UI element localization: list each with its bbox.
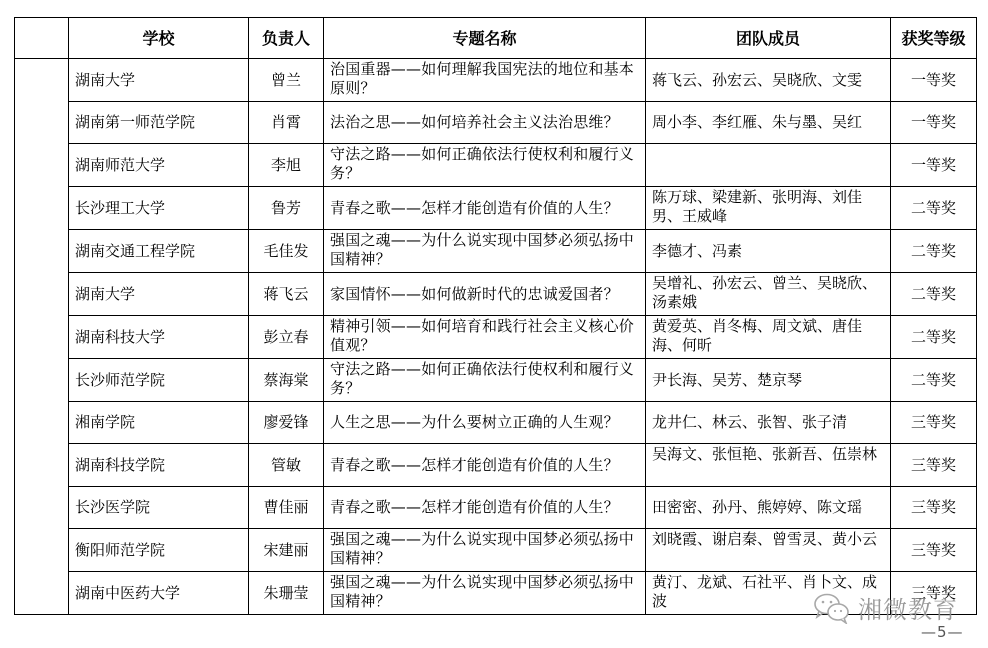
school-cell: 湖南科技学院 [69, 444, 249, 487]
award-cell: 二等奖 [891, 359, 977, 402]
topic-cell: 强国之魂——为什么说实现中国梦必须弘扬中国精神？ [324, 572, 646, 615]
team-cell: 吴增礼、孙宏云、曾兰、吴晓欣、汤素娥 [646, 273, 891, 316]
topic-cell: 治国重器——如何理解我国宪法的地位和基本原则？ [324, 59, 646, 102]
school-cell: 湖南第一师范学院 [69, 102, 249, 144]
topic-cell: 青春之歌——怎样才能创造有价值的人生？ [324, 187, 646, 230]
topic-cell: 法治之思——如何培养社会主义法治思维？ [324, 102, 646, 144]
school-cell: 湖南科技大学 [69, 316, 249, 359]
table-row: 湖南师范大学 李旭 守法之路——如何正确依法行使权利和履行义务？ 一等奖 [15, 144, 977, 187]
award-cell: 二等奖 [891, 273, 977, 316]
table-row: 湖南大学 曾兰 治国重器——如何理解我国宪法的地位和基本原则？ 蒋飞云、孙宏云、… [15, 59, 977, 102]
table-row: 湖南交通工程学院 毛佳发 强国之魂——为什么说实现中国梦必须弘扬中国精神？ 李德… [15, 230, 977, 273]
table-row: 长沙师范学院 蔡海棠 守法之路——如何正确依法行使权利和履行义务？ 尹长海、吴芳… [15, 359, 977, 402]
header-team: 团队成员 [646, 18, 891, 59]
table-row: 湖南科技学院 管敏 青春之歌——怎样才能创造有价值的人生？ 吴海文、张恒艳、张新… [15, 444, 977, 487]
topic-cell: 强国之魂——为什么说实现中国梦必须弘扬中国精神？ [324, 230, 646, 273]
person-cell: 曹佳丽 [249, 487, 324, 529]
table-row: 长沙医学院 曹佳丽 青春之歌——怎样才能创造有价值的人生？ 田密密、孙丹、熊婷婷… [15, 487, 977, 529]
person-cell: 宋建丽 [249, 529, 324, 572]
school-cell: 湖南大学 [69, 273, 249, 316]
person-cell: 毛佳发 [249, 230, 324, 273]
school-cell: 长沙医学院 [69, 487, 249, 529]
team-cell: 李德才、冯素 [646, 230, 891, 273]
school-cell: 湖南大学 [69, 59, 249, 102]
person-cell: 管敏 [249, 444, 324, 487]
table-row: 湖南科技大学 彭立春 精神引领——如何培育和践行社会主义核心价值观？ 黄爱英、肖… [15, 316, 977, 359]
table-row: 湖南中医药大学 朱珊莹 强国之魂——为什么说实现中国梦必须弘扬中国精神？ 黄汀、… [15, 572, 977, 615]
school-cell: 长沙理工大学 [69, 187, 249, 230]
topic-cell: 青春之歌——怎样才能创造有价值的人生？ [324, 444, 646, 487]
team-cell: 龙井仁、林云、张智、张子清 [646, 402, 891, 444]
header-row: 学校 负责人 专题名称 团队成员 获奖等级 [15, 18, 977, 59]
school-cell: 衡阳师范学院 [69, 529, 249, 572]
award-cell: 二等奖 [891, 230, 977, 273]
table-row: 长沙理工大学 鲁芳 青春之歌——怎样才能创造有价值的人生？ 陈万球、梁建新、张明… [15, 187, 977, 230]
award-cell: 一等奖 [891, 102, 977, 144]
person-cell: 李旭 [249, 144, 324, 187]
header-blank [15, 18, 69, 59]
topic-cell: 家国情怀——如何做新时代的忠诚爱国者？ [324, 273, 646, 316]
award-cell: 三等奖 [891, 529, 977, 572]
award-cell: 一等奖 [891, 59, 977, 102]
person-cell: 肖霄 [249, 102, 324, 144]
person-cell: 朱珊莹 [249, 572, 324, 615]
person-cell: 鲁芳 [249, 187, 324, 230]
team-cell: 尹长海、吴芳、楚京琴 [646, 359, 891, 402]
team-cell: 田密密、孙丹、熊婷婷、陈文瑶 [646, 487, 891, 529]
topic-cell: 青春之歌——怎样才能创造有价值的人生？ [324, 487, 646, 529]
page-number: —5— [921, 623, 964, 641]
person-cell: 蔡海棠 [249, 359, 324, 402]
team-cell: 黄爱英、肖冬梅、周文斌、唐佳海、何昕 [646, 316, 891, 359]
team-cell: 刘晓霞、谢启秦、曾雪灵、黄小云 [646, 529, 891, 572]
team-cell [646, 144, 891, 187]
award-cell: 三等奖 [891, 444, 977, 487]
awards-table: 学校 负责人 专题名称 团队成员 获奖等级 湖南大学 曾兰 治国重器——如何理解… [14, 17, 977, 615]
person-cell: 蒋飞云 [249, 273, 324, 316]
award-cell: 三等奖 [891, 487, 977, 529]
topic-cell: 精神引领——如何培育和践行社会主义核心价值观？ [324, 316, 646, 359]
school-cell: 湖南交通工程学院 [69, 230, 249, 273]
award-cell: 二等奖 [891, 187, 977, 230]
team-cell: 吴海文、张恒艳、张新吾、伍崇林 [646, 444, 891, 487]
award-cell: 三等奖 [891, 402, 977, 444]
person-cell: 廖爱锋 [249, 402, 324, 444]
school-cell: 长沙师范学院 [69, 359, 249, 402]
team-cell: 陈万球、梁建新、张明海、刘佳男、王威峰 [646, 187, 891, 230]
award-cell: 二等奖 [891, 316, 977, 359]
topic-cell: 人生之思——为什么要树立正确的人生观？ [324, 402, 646, 444]
school-cell: 湖南中医药大学 [69, 572, 249, 615]
merged-blank-cell [15, 59, 69, 615]
header-school: 学校 [69, 18, 249, 59]
header-topic: 专题名称 [324, 18, 646, 59]
topic-cell: 守法之路——如何正确依法行使权利和履行义务？ [324, 359, 646, 402]
table-row: 湖南大学 蒋飞云 家国情怀——如何做新时代的忠诚爱国者？ 吴增礼、孙宏云、曾兰、… [15, 273, 977, 316]
header-person: 负责人 [249, 18, 324, 59]
team-cell: 周小李、李红雁、朱与墨、吴红 [646, 102, 891, 144]
school-cell: 湖南师范大学 [69, 144, 249, 187]
topic-cell: 守法之路——如何正确依法行使权利和履行义务？ [324, 144, 646, 187]
table-row: 衡阳师范学院 宋建丽 强国之魂——为什么说实现中国梦必须弘扬中国精神？ 刘晓霞、… [15, 529, 977, 572]
header-award: 获奖等级 [891, 18, 977, 59]
table-row: 湖南第一师范学院 肖霄 法治之思——如何培养社会主义法治思维？ 周小李、李红雁、… [15, 102, 977, 144]
award-cell: 一等奖 [891, 144, 977, 187]
person-cell: 曾兰 [249, 59, 324, 102]
team-cell: 黄汀、龙斌、石社平、肖卜文、成波 [646, 572, 891, 615]
team-cell: 蒋飞云、孙宏云、吴晓欣、文雯 [646, 59, 891, 102]
award-cell: 三等奖 [891, 572, 977, 615]
school-cell: 湘南学院 [69, 402, 249, 444]
topic-cell: 强国之魂——为什么说实现中国梦必须弘扬中国精神？ [324, 529, 646, 572]
table-row: 湘南学院 廖爱锋 人生之思——为什么要树立正确的人生观？ 龙井仁、林云、张智、张… [15, 402, 977, 444]
person-cell: 彭立春 [249, 316, 324, 359]
